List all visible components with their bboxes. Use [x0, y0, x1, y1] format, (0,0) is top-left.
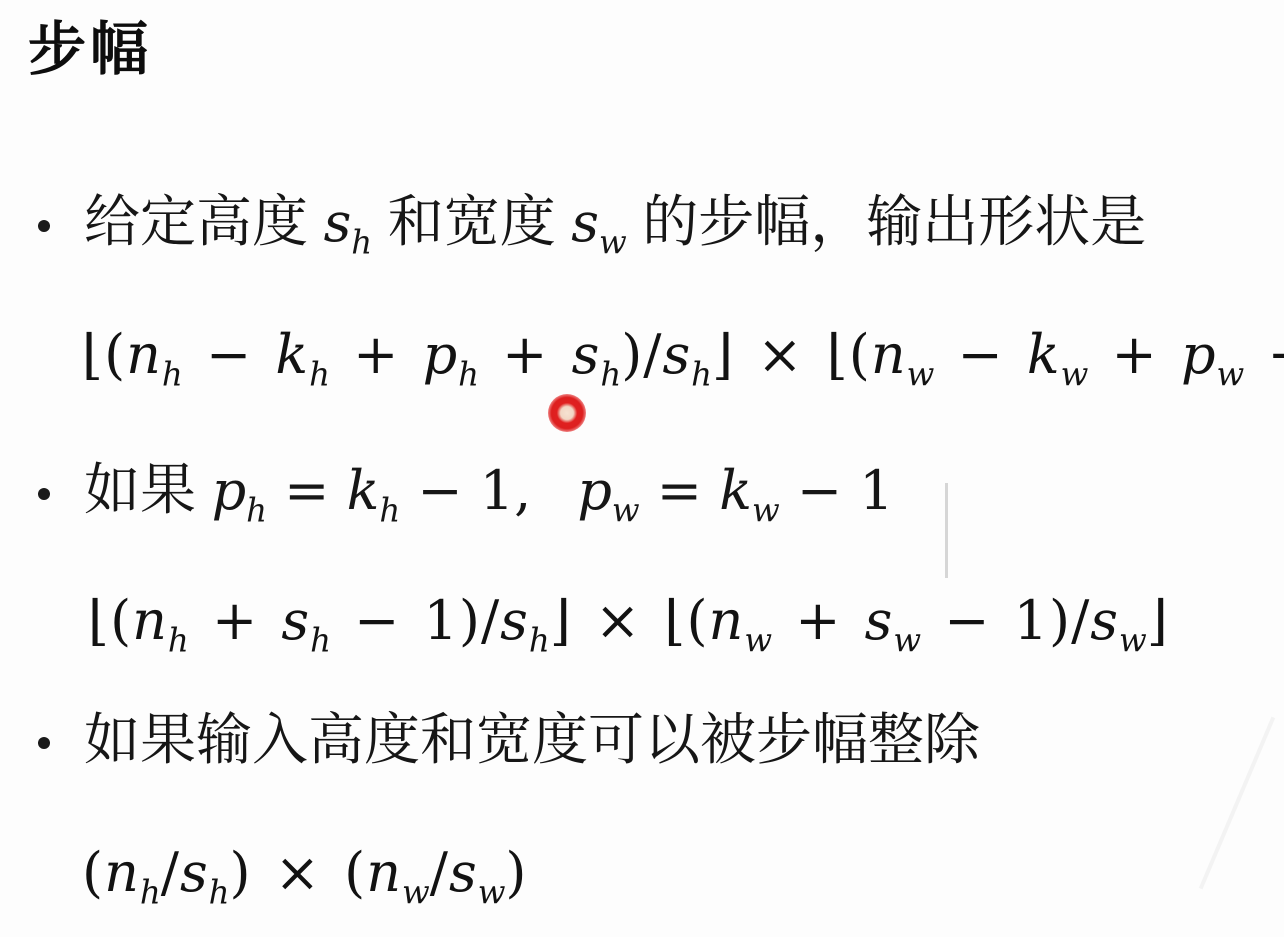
bullet-text-3: 如果输入高度和宽度可以被步幅整除 [84, 704, 980, 776]
bullet-marker-icon [38, 220, 50, 232]
bullet-item-1: 给定高度 sh 和宽度 sw 的步幅，输出形状是 [38, 186, 1146, 259]
bullet-marker-icon [38, 737, 50, 749]
diagonal-streak-artifact [1199, 717, 1275, 890]
formula-divisible-case: (nh/sh) × (nw/sw) [82, 838, 528, 908]
bullet-text-1: 给定高度 sh 和宽度 sw 的步幅，输出形状是 [84, 186, 1146, 259]
bullet-item-2: 如果 ph = kh − 1,pw = kw − 1 [38, 454, 894, 527]
slide: 步幅 给定高度 sh 和宽度 sw 的步幅，输出形状是 ⌊(nh − kh + … [0, 0, 1284, 937]
bullet-item-3: 如果输入高度和宽度可以被步幅整除 [38, 704, 980, 776]
cursor-line-artifact [945, 483, 948, 578]
laser-pointer-icon [548, 394, 586, 432]
formula-padding-case: ⌊(nh + sh − 1)/sh⌋ × ⌊(nw + sw − 1)/sw⌋ [88, 586, 1169, 656]
bullet-marker-icon [38, 488, 50, 500]
slide-title: 步幅 [28, 2, 152, 86]
formula-output-shape: ⌊(nh − kh + ph + sh)/sh⌋ × ⌊(nw − kw + p… [82, 320, 1284, 390]
bullet-text-2: 如果 ph = kh − 1,pw = kw − 1 [84, 454, 894, 527]
